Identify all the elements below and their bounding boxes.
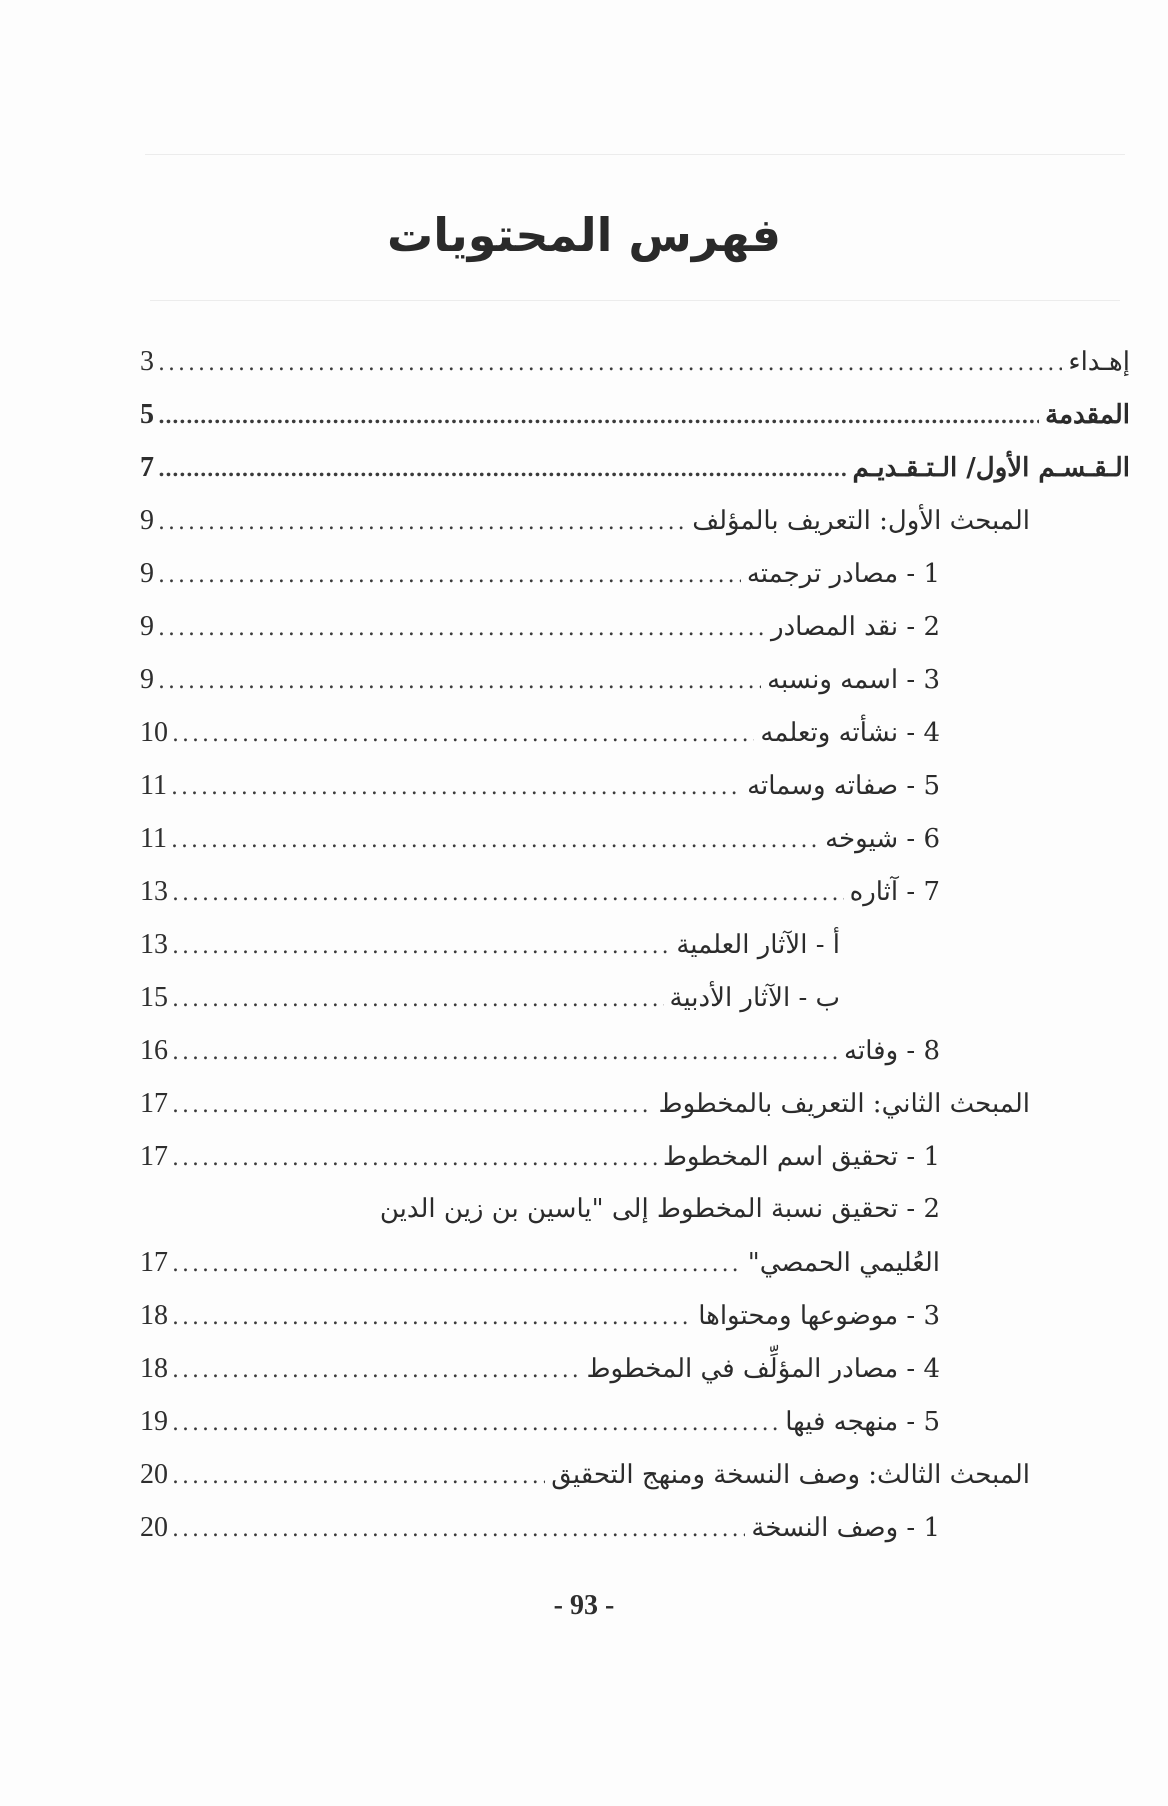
toc-entry[interactable]: 2 - نقد المصادر ........................… xyxy=(140,611,940,651)
toc-entry[interactable]: 1 - وصف النسخة .........................… xyxy=(140,1512,940,1552)
toc-entry-page: 18 xyxy=(140,1300,172,1332)
toc-entry[interactable]: 4 - مصادر المؤلِّف في المخطوط ..........… xyxy=(140,1353,940,1393)
page-number: - 93 - xyxy=(0,1590,1168,1622)
toc-entry[interactable]: 1 - مصادر ترجمته .......................… xyxy=(140,558,940,598)
toc-entry-label: 4 - مصادر المؤلِّف في المخطوط xyxy=(581,1354,941,1384)
toc-entry-page: 7 xyxy=(140,452,158,484)
toc-entry[interactable]: المبحث الأول: التعريف بالمؤلف ..........… xyxy=(140,505,1030,545)
toc-entry-page: 11 xyxy=(140,770,171,802)
toc-entry[interactable]: 4 - نشأته وتعلمه .......................… xyxy=(140,717,940,757)
toc-entry[interactable]: إهـداء .................................… xyxy=(140,346,1130,386)
toc-entry-page: 5 xyxy=(140,399,158,431)
toc-entry[interactable]: المبحث الثاني: التعريف بالمخطوط ........… xyxy=(140,1088,1030,1128)
toc-entry-label: 8 - وفاته xyxy=(838,1036,940,1066)
toc-entry-label: 2 - تحقيق نسبة المخطوط إلى "ياسين بن زين… xyxy=(380,1194,940,1224)
dot-leader: ........................................… xyxy=(172,1305,692,1330)
toc-entry-page: 20 xyxy=(140,1459,172,1491)
toc-entry[interactable]: 8 - وفاته ..............................… xyxy=(140,1035,940,1075)
toc-entry-page: 3 xyxy=(140,346,158,378)
dot-leader: ........................................… xyxy=(158,616,765,641)
dot-leader: ........................................… xyxy=(158,510,686,535)
dot-leader: ........................................… xyxy=(158,563,741,588)
dot-leader: ........................................… xyxy=(172,1252,742,1277)
toc-entry-page: 19 xyxy=(140,1406,172,1438)
dot-leader: ........................................… xyxy=(171,828,819,853)
toc-entry-label: 7 - آثاره xyxy=(844,877,940,907)
toc-entry-page: 17 xyxy=(140,1088,172,1120)
toc-entry-label: ب - الآثار الأدبية xyxy=(664,983,840,1013)
toc-entry[interactable]: أ - الآثار العلمية .....................… xyxy=(140,929,840,969)
dot-leader: ........................................… xyxy=(172,987,664,1012)
toc-entry-page: 10 xyxy=(140,717,172,749)
dot-leader: ........................................… xyxy=(172,1040,838,1065)
toc-entry[interactable]: 2 - تحقيق نسبة المخطوط إلى "ياسين بن زين… xyxy=(140,1194,940,1234)
toc-entry[interactable]: المبحث الثالث: وصف النسخة ومنهج التحقيق … xyxy=(140,1459,1030,1499)
dot-leader: ........................................… xyxy=(172,934,670,959)
toc-entry-page: 13 xyxy=(140,929,172,961)
toc-entry-label: المبحث الثاني: التعريف بالمخطوط xyxy=(653,1089,1030,1119)
toc-entry-label: 3 - موضوعها ومحتواها xyxy=(692,1301,940,1331)
toc-entry-label: 6 - شيوخه xyxy=(819,824,940,854)
toc-entry[interactable]: 3 - اسمه ونسبه .........................… xyxy=(140,664,940,704)
toc-entry-label: أ - الآثار العلمية xyxy=(670,930,840,960)
dot-leader: ........................................… xyxy=(172,1093,653,1118)
toc-entry-page: 9 xyxy=(140,611,158,643)
toc-entry[interactable]: ب - الآثار الأدبية .....................… xyxy=(140,982,840,1022)
show-through-line xyxy=(150,300,1120,301)
dot-leader: ........................................… xyxy=(172,1411,779,1436)
toc-entry-page: 9 xyxy=(140,558,158,590)
toc-entry-label: 1 - وصف النسخة xyxy=(745,1513,940,1543)
dot-leader: ........................................… xyxy=(158,669,761,694)
toc-entry-label: 3 - اسمه ونسبه xyxy=(761,665,940,695)
toc-entry[interactable]: 3 - موضوعها ومحتواها ...................… xyxy=(140,1300,940,1340)
toc-entry-page: 15 xyxy=(140,982,172,1014)
toc-entry-page: 17 xyxy=(140,1141,172,1173)
dot-leader: ........................................… xyxy=(158,457,846,481)
toc-entry-label: العُليمي الحمصي" xyxy=(742,1248,940,1278)
toc-entry[interactable]: 5 - منهجه فيها .........................… xyxy=(140,1406,940,1446)
toc-entry[interactable]: 7 - آثاره ..............................… xyxy=(140,876,940,916)
toc-entry-label: 1 - تحقيق اسم المخطوط xyxy=(657,1142,940,1172)
dot-leader: ........................................… xyxy=(171,775,741,800)
dot-leader: ........................................… xyxy=(158,351,1062,376)
toc-entry[interactable]: 6 - شيوخه ..............................… xyxy=(140,823,940,863)
dot-leader: ........................................… xyxy=(172,1517,745,1542)
dot-leader: ........................................… xyxy=(172,1358,581,1383)
toc-entry-page: 17 xyxy=(140,1247,172,1279)
dot-leader: ........................................… xyxy=(158,404,1039,428)
toc-entry[interactable]: 5 - صفاته وسماته .......................… xyxy=(140,770,940,810)
toc-entry-continuation[interactable]: العُليمي الحمصي" .......................… xyxy=(140,1247,940,1287)
dot-leader: ........................................… xyxy=(172,722,754,747)
toc-entry-page: 20 xyxy=(140,1512,172,1544)
toc-entry-page: 16 xyxy=(140,1035,172,1067)
toc-entry-label: 1 - مصادر ترجمته xyxy=(741,559,940,589)
dot-leader: ........................................… xyxy=(172,881,844,906)
toc-entry-label: 2 - نقد المصادر xyxy=(765,612,940,642)
dot-leader: ........................................… xyxy=(172,1464,545,1489)
toc-entry-label: إهـداء xyxy=(1062,347,1130,377)
toc-entry-page: 13 xyxy=(140,876,172,908)
toc-entry-page: 9 xyxy=(140,505,158,537)
document-page: فهرس المحتويات إهـداء ..................… xyxy=(0,0,1168,1806)
toc-entry[interactable]: الـقـسـم الأول/ الـتـقـديـم ............… xyxy=(140,452,1130,492)
toc-entry-label: المبحث الأول: التعريف بالمؤلف xyxy=(686,506,1030,536)
dot-leader: ........................................… xyxy=(172,1146,657,1171)
toc-entry-page: 9 xyxy=(140,664,158,696)
toc-entry[interactable]: 1 - تحقيق اسم المخطوط ..................… xyxy=(140,1141,940,1181)
toc-entry-label: 4 - نشأته وتعلمه xyxy=(754,718,940,748)
toc-entry-label: المبحث الثالث: وصف النسخة ومنهج التحقيق xyxy=(545,1460,1030,1490)
toc-entry-label: المقدمة xyxy=(1039,400,1130,430)
toc-entry-label: 5 - صفاته وسماته xyxy=(741,771,940,801)
toc-entry-label: الـقـسـم الأول/ الـتـقـديـم xyxy=(846,453,1130,483)
toc-entry-label: 5 - منهجه فيها xyxy=(779,1407,940,1437)
toc-entry-page: 11 xyxy=(140,823,171,855)
show-through-line xyxy=(145,154,1125,155)
page-title: فهرس المحتويات xyxy=(0,208,1168,262)
toc-entry-page: 18 xyxy=(140,1353,172,1385)
toc-entry[interactable]: المقدمة ................................… xyxy=(140,399,1130,439)
